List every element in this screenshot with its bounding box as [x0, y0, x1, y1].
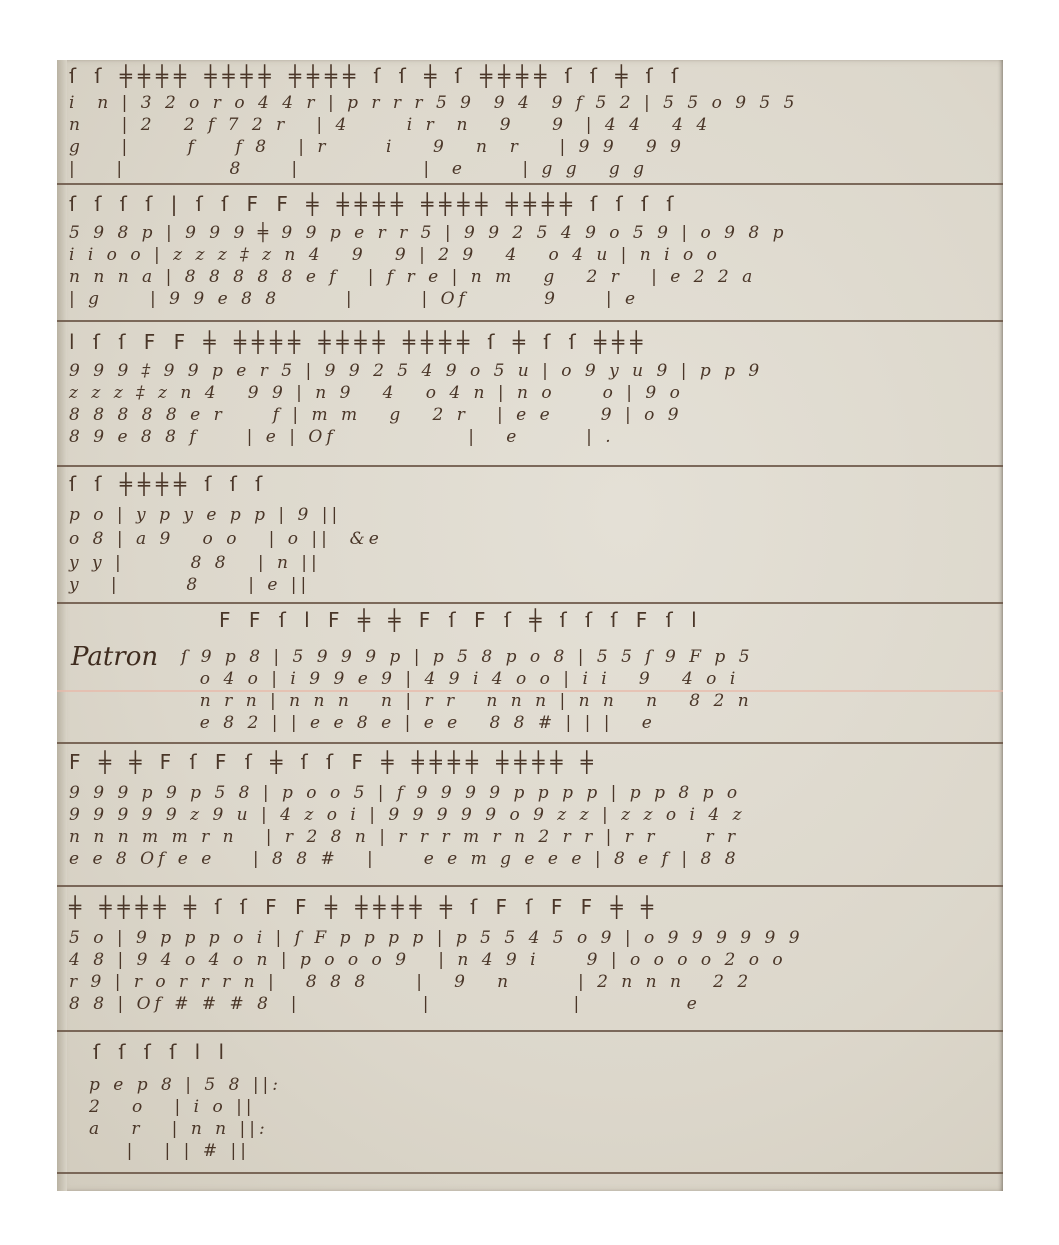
tab-line: | g | 9 9 e 8 8 | | Of 9 | e: [69, 290, 994, 309]
tab-line: z z z ‡ z n 4 9 9 | n 9 4 o 4 n | n o o …: [69, 384, 994, 403]
tab-line: n n n m m r n | r 2 8 n | r r r m r n 2 …: [69, 828, 994, 847]
rhythm-flags: ſ ſ ſ ſ l l: [93, 1040, 1003, 1064]
system-rule: [57, 1030, 1003, 1032]
tablature-system-2: ſ ſ ſ ſ | ſ ſ F F ╪ ╪╪╪╪ ╪╪╪╪ ╪╪╪╪ ſ ſ ſ…: [69, 192, 994, 316]
tablature-system-3: l ſ ſ F F ╪ ╪╪╪╪ ╪╪╪╪ ╪╪╪╪ ſ ╪ ſ ſ ╪╪╪ 9…: [69, 330, 994, 460]
system-rule: [57, 602, 1003, 604]
rhythm-flags: F ╪ ╪ F ſ F ſ ╪ ſ ſ F ╪ ╪╪╪╪ ╪╪╪╪ ╪: [69, 750, 994, 774]
system-rule: [57, 1172, 1003, 1174]
system-rule: [57, 465, 1003, 467]
system-rule: [57, 183, 1003, 185]
tab-line: | | 8 | | e | g g g g: [69, 160, 994, 179]
tablature-system-4: ſ ſ ╪╪╪╪ ſ ſ ſ p o | y p y e p p | 9 || …: [69, 472, 994, 600]
tab-line: o 8 | a 9 o o | o || &e: [69, 530, 994, 549]
rhythm-flags: ſ ſ ╪╪╪╪ ╪╪╪╪ ╪╪╪╪ ſ ſ ╪ ſ ╪╪╪╪ ſ ſ ╪ ſ …: [69, 64, 994, 88]
tab-line: n | 2 2 f 7 2 r | 4 i r n 9 9 | 4 4 4 4: [69, 116, 994, 135]
rhythm-flags: ╪ ╪╪╪╪ ╪ ſ ſ F F ╪ ╪╪╪╪ ╪ ſ F ſ F F ╪ ╪: [69, 895, 994, 919]
tab-line: 8 8 8 8 8 e r f | m m g 2 r | e e 9 | o …: [69, 406, 994, 425]
tab-line: o 4 o | i 9 9 e 9 | 4 9 i 4 o o | i i 9 …: [181, 670, 1003, 689]
system-rule: [57, 885, 1003, 887]
rhythm-flags: ſ ſ ſ ſ | ſ ſ F F ╪ ╪╪╪╪ ╪╪╪╪ ╪╪╪╪ ſ ſ ſ…: [69, 192, 994, 216]
tab-line: | | | # ||: [89, 1142, 1003, 1161]
tab-line: e e 8 Of e e | 8 8 # | e e m g e e e | 8…: [69, 850, 994, 869]
tab-line: a r | n n ||:: [89, 1120, 1003, 1139]
tab-line: y | 8 | e ||: [69, 576, 994, 595]
tablature-system-5: F F ſ l F ╪ ╪ F ſ F ſ ╪ ſ ſ ſ F ſ l Patr…: [69, 608, 994, 738]
tab-line: 8 8 | Of # # # 8 | | | e: [69, 995, 994, 1014]
tab-line: 9 9 9 ‡ 9 9 p e r 5 | 9 9 2 5 4 9 o 5 u …: [69, 362, 994, 381]
tab-line: i n | 3 2 o r o 4 4 r | p r r r 5 9 9 4 …: [69, 94, 994, 113]
tab-line: n n n a | 8 8 8 8 8 e f | f r e | n m g …: [69, 268, 994, 287]
tab-line: n r n | n n n n | r r n n n | n n n 8 2 …: [181, 692, 1003, 711]
tab-line: g | f f 8 | r i 9 n r | 9 9 9 9: [69, 138, 994, 157]
tab-line: p o | y p y e p p | 9 ||: [69, 506, 994, 525]
rhythm-flags: F F ſ l F ╪ ╪ F ſ F ſ ╪ ſ ſ ſ F ſ l: [219, 608, 1003, 632]
system-rule: [57, 320, 1003, 322]
tab-line: ſ 9 p 8 | 5 9 9 9 p | p 5 8 p o 8 | 5 5 …: [181, 648, 1003, 667]
tablature-system-1: ſ ſ ╪╪╪╪ ╪╪╪╪ ╪╪╪╪ ſ ſ ╪ ſ ╪╪╪╪ ſ ſ ╪ ſ …: [69, 64, 994, 182]
tab-line: 4 8 | 9 4 o 4 o n | p o o o 9 | n 4 9 i …: [69, 951, 994, 970]
tab-line: i i o o | z z z ‡ z n 4 9 9 | 2 9 4 o 4 …: [69, 246, 994, 265]
piece-title-patron: Patron: [71, 642, 158, 672]
rhythm-flags: l ſ ſ F F ╪ ╪╪╪╪ ╪╪╪╪ ╪╪╪╪ ſ ╪ ſ ſ ╪╪╪: [69, 330, 994, 354]
tab-line: 5 o | 9 p p p o i | ſ F p p p p | p 5 5 …: [69, 929, 994, 948]
tab-line: 9 9 9 9 9 z 9 u | 4 z o i | 9 9 9 9 9 o …: [69, 806, 994, 825]
tablature-system-8: ſ ſ ſ ſ l l p e p 8 | 5 8 ||: 2 o | i o …: [69, 1040, 994, 1170]
tab-line: 9 9 9 p 9 p 5 8 | p o o 5 | f 9 9 9 9 p …: [69, 784, 994, 803]
rhythm-flags: ſ ſ ╪╪╪╪ ſ ſ ſ: [69, 472, 994, 496]
tab-line: 5 9 8 p | 9 9 9 ╪ 9 9 p e r r 5 | 9 9 2 …: [69, 224, 994, 243]
tab-line: p e p 8 | 5 8 ||:: [89, 1076, 1003, 1095]
tab-line: y y | 8 8 | n ||: [69, 554, 994, 573]
tablature-system-7: ╪ ╪╪╪╪ ╪ ſ ſ F F ╪ ╪╪╪╪ ╪ ſ F ſ F F ╪ ╪ …: [69, 895, 994, 1025]
manuscript-page: ſ ſ ╪╪╪╪ ╪╪╪╪ ╪╪╪╪ ſ ſ ╪ ſ ╪╪╪╪ ſ ſ ╪ ſ …: [57, 60, 1003, 1191]
tab-line: r 9 | r o r r r n | 8 8 8 | 9 n | 2 n n …: [69, 973, 994, 992]
tab-line: 2 o | i o ||: [89, 1098, 1003, 1117]
tablature-system-6: F ╪ ╪ F ſ F ſ ╪ ſ ſ F ╪ ╪╪╪╪ ╪╪╪╪ ╪ 9 9 …: [69, 750, 994, 880]
tab-line: 8 9 e 8 8 f | e | Of | e | .: [69, 428, 994, 447]
system-rule: [57, 742, 1003, 744]
tab-line: e 8 2 | | e e 8 e | e e 8 8 # | | | e: [181, 714, 1003, 733]
binding-gutter: [57, 60, 67, 1191]
